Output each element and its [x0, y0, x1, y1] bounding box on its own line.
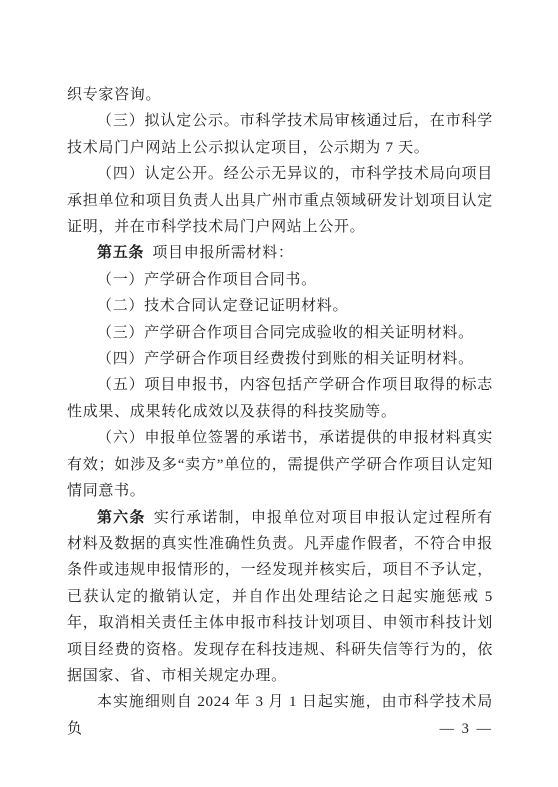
paragraph: （四）产学研合作项目经费拨付到账的相关证明材料。 — [67, 346, 493, 372]
article-label: 第六条 — [97, 510, 146, 526]
paragraph: （二）技术合同认定登记证明材料。 — [67, 293, 493, 319]
document-body: 织专家咨询。（三）拟认定公示。市科学技术局审核通过后，在市科学技术局门户网站上公… — [67, 82, 493, 742]
page-number: — 3 — — [67, 721, 493, 738]
paragraph: 第五条项目申报所需材料： — [67, 240, 493, 266]
paragraph: （四）认定公开。经公示无异议的，市科学技术局向项目承担单位和项目负责人出具广州市… — [67, 161, 493, 240]
paragraph: 第六条实行承诺制，申报单位对项目申报认定过程所有材料及数据的真实性准确性负责。凡… — [67, 505, 493, 690]
document-page: 织专家咨询。（三）拟认定公示。市科学技术局审核通过后，在市科学技术局门户网站上公… — [0, 0, 558, 787]
paragraph: （五）项目申报书，内容包括产学研合作项目取得的标志性成果、成果转化成效以及获得的… — [67, 372, 493, 425]
paragraph: （三）产学研合作项目合同完成验收的相关证明材料。 — [67, 320, 493, 346]
paragraph: （六）申报单位签署的承诺书，承诺提供的申报材料真实有效；如涉及多“卖方”单位的，… — [67, 425, 493, 504]
paragraph: （三）拟认定公示。市科学技术局审核通过后，在市科学技术局门户网站上公示拟认定项目… — [67, 108, 493, 161]
paragraph: （一）产学研合作项目合同书。 — [67, 267, 493, 293]
paragraph: 织专家咨询。 — [67, 82, 493, 108]
article-label: 第五条 — [97, 245, 144, 261]
